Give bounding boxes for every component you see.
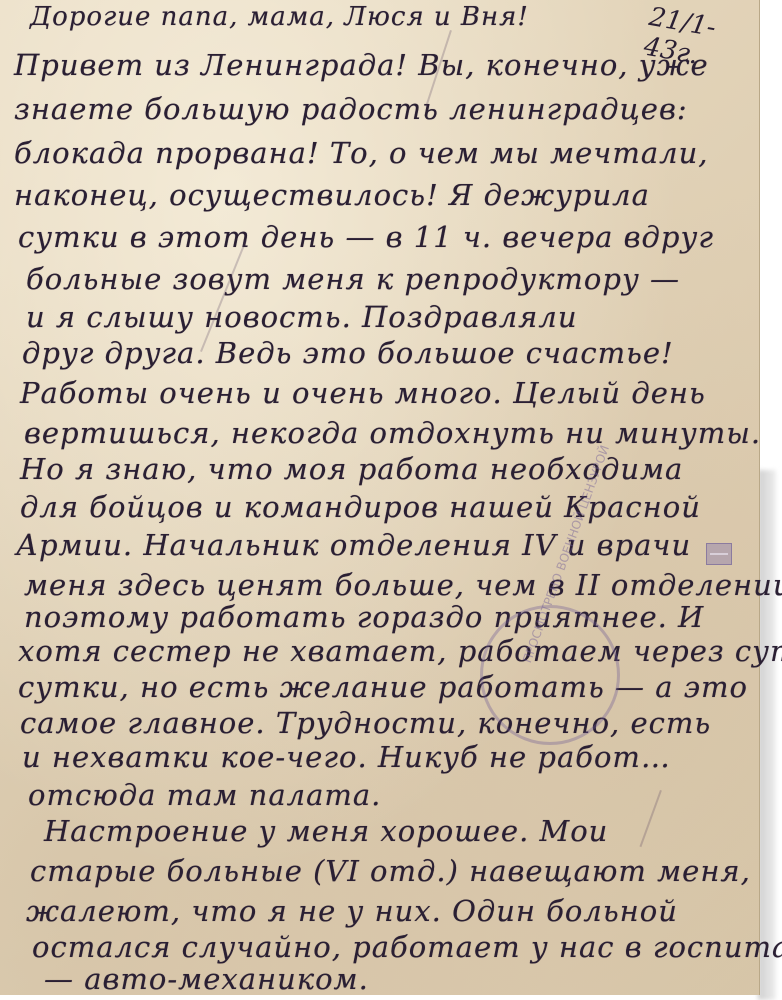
letter-line-3: блокада прорвана! То, о чем мы мечтали, <box>14 136 708 170</box>
letter-line-16: хотя сестер не хватает, работаем через с… <box>18 634 782 668</box>
letter-line-23: жалеют, что я не у них. Один больной <box>26 894 678 928</box>
letter-line-14: меня здесь ценят больше, чем в II отделе… <box>24 568 782 602</box>
letter-line-4: наконец, осуществилось! Я дежурила <box>14 178 650 212</box>
faint-pencil-stroke <box>639 790 661 847</box>
letter-line-13: Армии. Начальник отделения IV и врачи <box>16 528 691 562</box>
letter-paper: Дорогие папа, мама, Люся и Вня! 21/1-43г… <box>0 0 760 995</box>
letter-line-2: знаете большую радость ленинградцев: <box>14 92 688 126</box>
censor-stamp-round <box>480 605 620 745</box>
letter-line-21: Настроение у меня хорошее. Мои <box>44 814 608 848</box>
letter-line-24: остался случайно, работает у нас в госпи… <box>32 930 782 964</box>
letter-line-10: вертишься, некогда отдохнуть ни минуты. <box>24 416 761 450</box>
letter-line-22: старые больные (VI отд.) навещают меня, <box>30 854 751 888</box>
letter-line-19: и нехватки кое-чего. Никуб не работ… <box>22 740 671 774</box>
letter-line-12: для бойцов и командиров нашей Красной <box>20 490 701 524</box>
letter-line-5: сутки в этот день — в 11 ч. вечера вдруг <box>18 220 714 254</box>
censor-stamp-rect <box>706 543 732 565</box>
letter-line-8: друг друга. Ведь это большое счастье! <box>22 336 674 370</box>
letter-line-1: Привет из Ленинграда! Вы, конечно, уже <box>14 48 709 82</box>
letter-line-7: и я слышу новость. Поздравляли <box>26 300 578 334</box>
letter-line-9: Работы очень и очень много. Целый день <box>20 376 706 410</box>
letter-line-17: сутки, но есть желание работать — а это <box>18 670 748 704</box>
scan-frame: Дорогие папа, мама, Люся и Вня! 21/1-43г… <box>0 0 782 1000</box>
letter-line-20: отсюда там палата. <box>28 778 381 812</box>
letter-line-6: больные зовут меня к репродуктору — <box>26 262 680 296</box>
paper-shadow <box>758 470 776 1000</box>
greeting-line: Дорогие папа, мама, Люся и Вня! <box>30 2 529 32</box>
letter-line-25: — авто-механиком. <box>44 962 369 996</box>
